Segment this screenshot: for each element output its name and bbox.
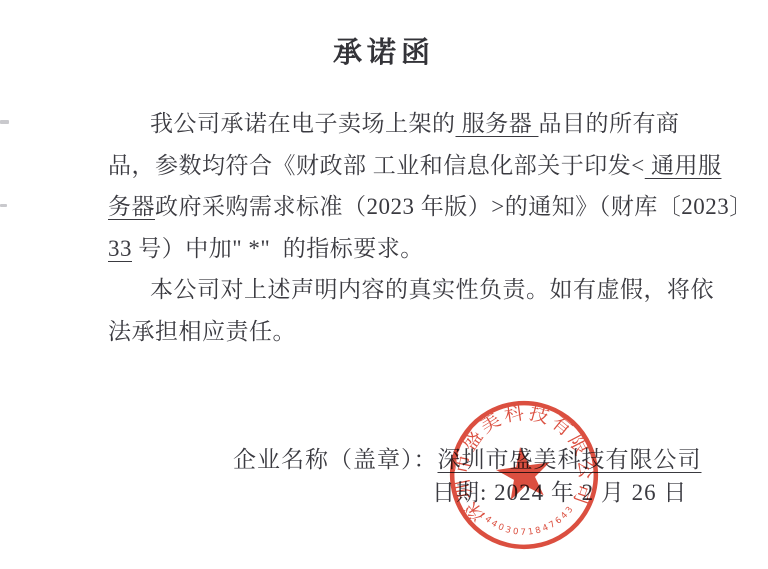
body-line-2: 品，参数均符合《财政部 工业和信息化部关于印发< 通用服 <box>108 145 712 187</box>
company-seal-stamp-icon: 深圳市盛美科技有限公司 4403071847643 <box>427 378 621 569</box>
scan-edge-artifact <box>0 120 9 124</box>
body-text: 号）中加" *" 的指标要求。 <box>132 236 424 261</box>
body-line-4: 33 号）中加" *" 的指标要求。 <box>108 228 712 270</box>
body-line-1: 我公司承诺在电子卖场上架的 服务器 品目的所有商 <box>108 103 712 145</box>
seal-star-icon <box>493 443 553 501</box>
body-text: 品，参数均符合《财政部 工业和信息化部关于印发< <box>108 153 645 178</box>
underlined-doc-number: 33 <box>108 236 132 261</box>
underlined-standard-name-part1: 通用服 <box>645 153 722 178</box>
company-name-label: 企业名称（盖章）： <box>233 447 438 472</box>
scan-edge-artifact <box>0 204 7 207</box>
underlined-category-server: 服务器 <box>456 111 539 136</box>
body-line-5: 本公司对上述声明内容的真实性负责。如有虚假，将依 <box>108 269 712 311</box>
body-line-3: 务器政府采购需求标准（2023 年版）>的通知》（财库〔2023〕 <box>108 186 712 228</box>
body-text: 本公司对上述声明内容的真实性负责。如有虚假，将依 <box>150 277 714 302</box>
underlined-standard-name-part2: 务器 <box>108 194 155 219</box>
body-text: 品目的所有商 <box>539 111 680 136</box>
scanned-commitment-letter: 承诺函 我公司承诺在电子卖场上架的 服务器 品目的所有商 品，参数均符合《财政部… <box>0 0 768 569</box>
body-text: 法承担相应责任。 <box>108 319 296 344</box>
seal-serial-number: 4403071847643 <box>482 502 580 544</box>
page-title: 承诺函 <box>0 30 768 71</box>
letter-body: 我公司承诺在电子卖场上架的 服务器 品目的所有商 品，参数均符合《财政部 工业和… <box>108 103 712 352</box>
body-text: 我公司承诺在电子卖场上架的 <box>150 111 456 136</box>
body-line-6: 法承担相应责任。 <box>108 311 712 353</box>
body-text: 政府采购需求标准（2023 年版）>的通知》（财库〔2023〕 <box>155 194 753 219</box>
